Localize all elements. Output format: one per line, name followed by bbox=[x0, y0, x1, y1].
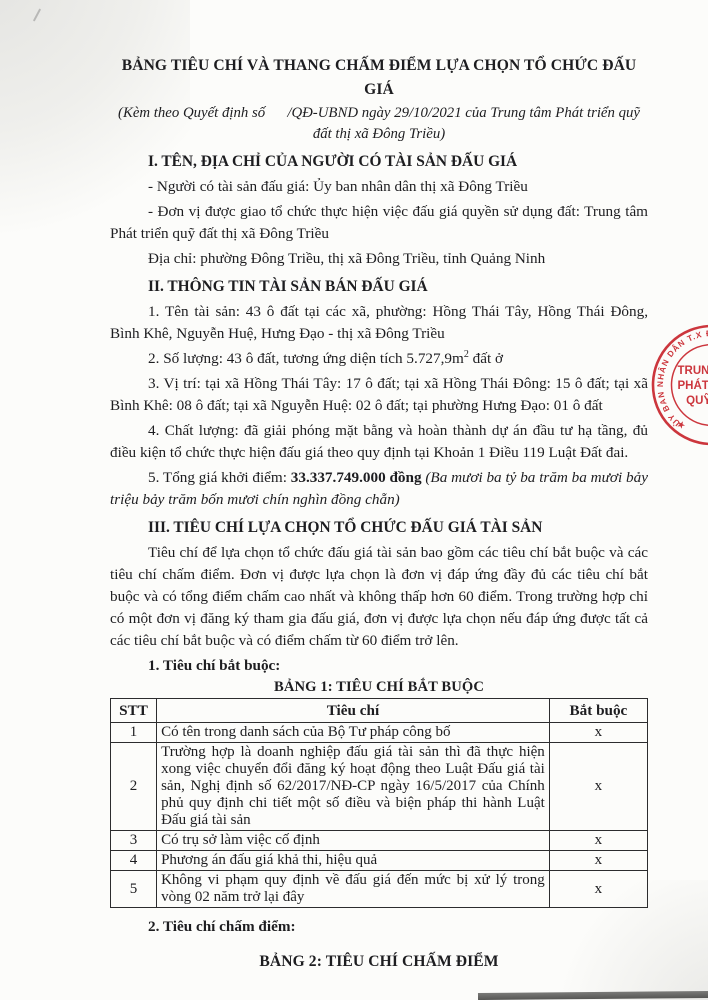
row-required-mark: x bbox=[549, 851, 647, 871]
price-amount: 33.337.749.000 đồng bbox=[291, 469, 426, 486]
row-criteria: Có trụ sở làm việc cố định bbox=[157, 831, 550, 851]
quantity-line: 2. Số lượng: 43 ô đất, tương ứng diện tí… bbox=[110, 348, 648, 370]
table2-caption: BẢNG 2: TIÊU CHÍ CHẤM ĐIỂM bbox=[110, 951, 648, 973]
row-required-mark: x bbox=[549, 723, 647, 743]
owner-line: - Người có tài sản đấu giá: Ủy ban nhân … bbox=[110, 176, 648, 198]
row-stt: 5 bbox=[111, 871, 157, 908]
row-stt: 3 bbox=[111, 831, 157, 851]
header-required: Bắt buộc bbox=[549, 699, 647, 723]
assigned-unit-line: - Đơn vị được giao tổ chức thực hiện việ… bbox=[110, 201, 648, 245]
mandatory-criteria-subheading: 1. Tiêu chí bắt buộc: bbox=[110, 655, 648, 677]
table-row: 3 Có trụ sở làm việc cố định x bbox=[111, 831, 648, 851]
document-subtitle: (Kèm theo Quyết định số /QĐ-UBND ngày 29… bbox=[110, 103, 648, 145]
starting-price-line: 5. Tổng giá khởi điểm: 33.337.749.000 đồ… bbox=[110, 467, 648, 511]
quantity-suffix: đất ở bbox=[469, 350, 503, 367]
asset-name-line: 1. Tên tài sản: 43 ô đất tại các xã, phư… bbox=[110, 301, 648, 345]
scan-edge-bar bbox=[478, 991, 708, 1000]
row-required-mark: x bbox=[549, 743, 647, 831]
official-red-stamp: ỦY BAN NHÂN DÂN T.X ĐÔNG TRIỀU TRUNG TÂM… bbox=[649, 322, 708, 448]
table1-caption: BẢNG 1: TIÊU CHÍ BẮT BUỘC bbox=[110, 678, 648, 696]
table-row: 5 Không vi phạm quy định về đấu giá đến … bbox=[111, 871, 648, 908]
scoring-criteria-subheading: 2. Tiêu chí chấm điểm: bbox=[110, 916, 648, 938]
stamp-center-line-1: TRUNG TÂM bbox=[678, 364, 708, 377]
table-row: 1 Có tên trong danh sách của Bộ Tư pháp … bbox=[111, 723, 648, 743]
mandatory-criteria-table: STT Tiêu chí Bắt buộc 1 Có tên trong dan… bbox=[110, 698, 648, 908]
stamp-center-line-2: PHÁT TRIỂN bbox=[678, 379, 708, 392]
stamp-center-line-3: QUỸ ĐẤT bbox=[686, 394, 708, 407]
row-stt: 4 bbox=[111, 851, 157, 871]
quantity-text: 2. Số lượng: 43 ô đất, tương ứng diện tí… bbox=[148, 350, 464, 367]
row-criteria: Không vi phạm quy định về đấu giá đến mứ… bbox=[157, 871, 550, 908]
row-required-mark: x bbox=[549, 831, 647, 851]
scan-artifact-mark bbox=[33, 8, 41, 21]
document-title: BẢNG TIÊU CHÍ VÀ THANG CHẤM ĐIỂM LỰA CHỌ… bbox=[110, 54, 648, 102]
row-criteria: Phương án đấu giá khả thi, hiệu quả bbox=[157, 851, 550, 871]
row-stt: 2 bbox=[111, 743, 157, 831]
row-criteria: Trường hợp là doanh nghiệp đấu giá tài s… bbox=[157, 743, 550, 831]
document-content: BẢNG TIÊU CHÍ VÀ THANG CHẤM ĐIỂM LỰA CHỌ… bbox=[110, 54, 648, 975]
table-row: 4 Phương án đấu giá khả thi, hiệu quả x bbox=[111, 851, 648, 871]
location-line: 3. Vị trí: tại xã Hồng Thái Tây: 17 ô đấ… bbox=[110, 373, 648, 417]
scanned-document-page: BẢNG TIÊU CHÍ VÀ THANG CHẤM ĐIỂM LỰA CHỌ… bbox=[0, 0, 708, 1000]
row-stt: 1 bbox=[111, 723, 157, 743]
row-criteria: Có tên trong danh sách của Bộ Tư pháp cô… bbox=[157, 723, 550, 743]
table-header-row: STT Tiêu chí Bắt buộc bbox=[111, 699, 648, 723]
section-iii-heading: III. TIÊU CHÍ LỰA CHỌN TỔ CHỨC ĐẤU GIÁ T… bbox=[110, 516, 648, 539]
address-line: Địa chỉ: phường Đông Triều, thị xã Đông … bbox=[110, 248, 648, 270]
header-stt: STT bbox=[111, 699, 157, 723]
row-required-mark: x bbox=[549, 871, 647, 908]
section-i-heading: I. TÊN, ĐỊA CHỈ CỦA NGƯỜI CÓ TÀI SẢN ĐẤU… bbox=[110, 150, 648, 173]
quality-line: 4. Chất lượng: đã giải phóng mặt bằng và… bbox=[110, 420, 648, 464]
section-ii-heading: II. THÔNG TIN TÀI SẢN BÁN ĐẤU GIÁ bbox=[110, 275, 648, 298]
price-label: 5. Tổng giá khởi điểm: bbox=[148, 469, 291, 486]
header-criteria: Tiêu chí bbox=[157, 699, 550, 723]
table-row: 2 Trường hợp là doanh nghiệp đấu giá tài… bbox=[111, 743, 648, 831]
criteria-intro-paragraph: Tiêu chí để lựa chọn tổ chức đấu giá tài… bbox=[110, 542, 648, 652]
